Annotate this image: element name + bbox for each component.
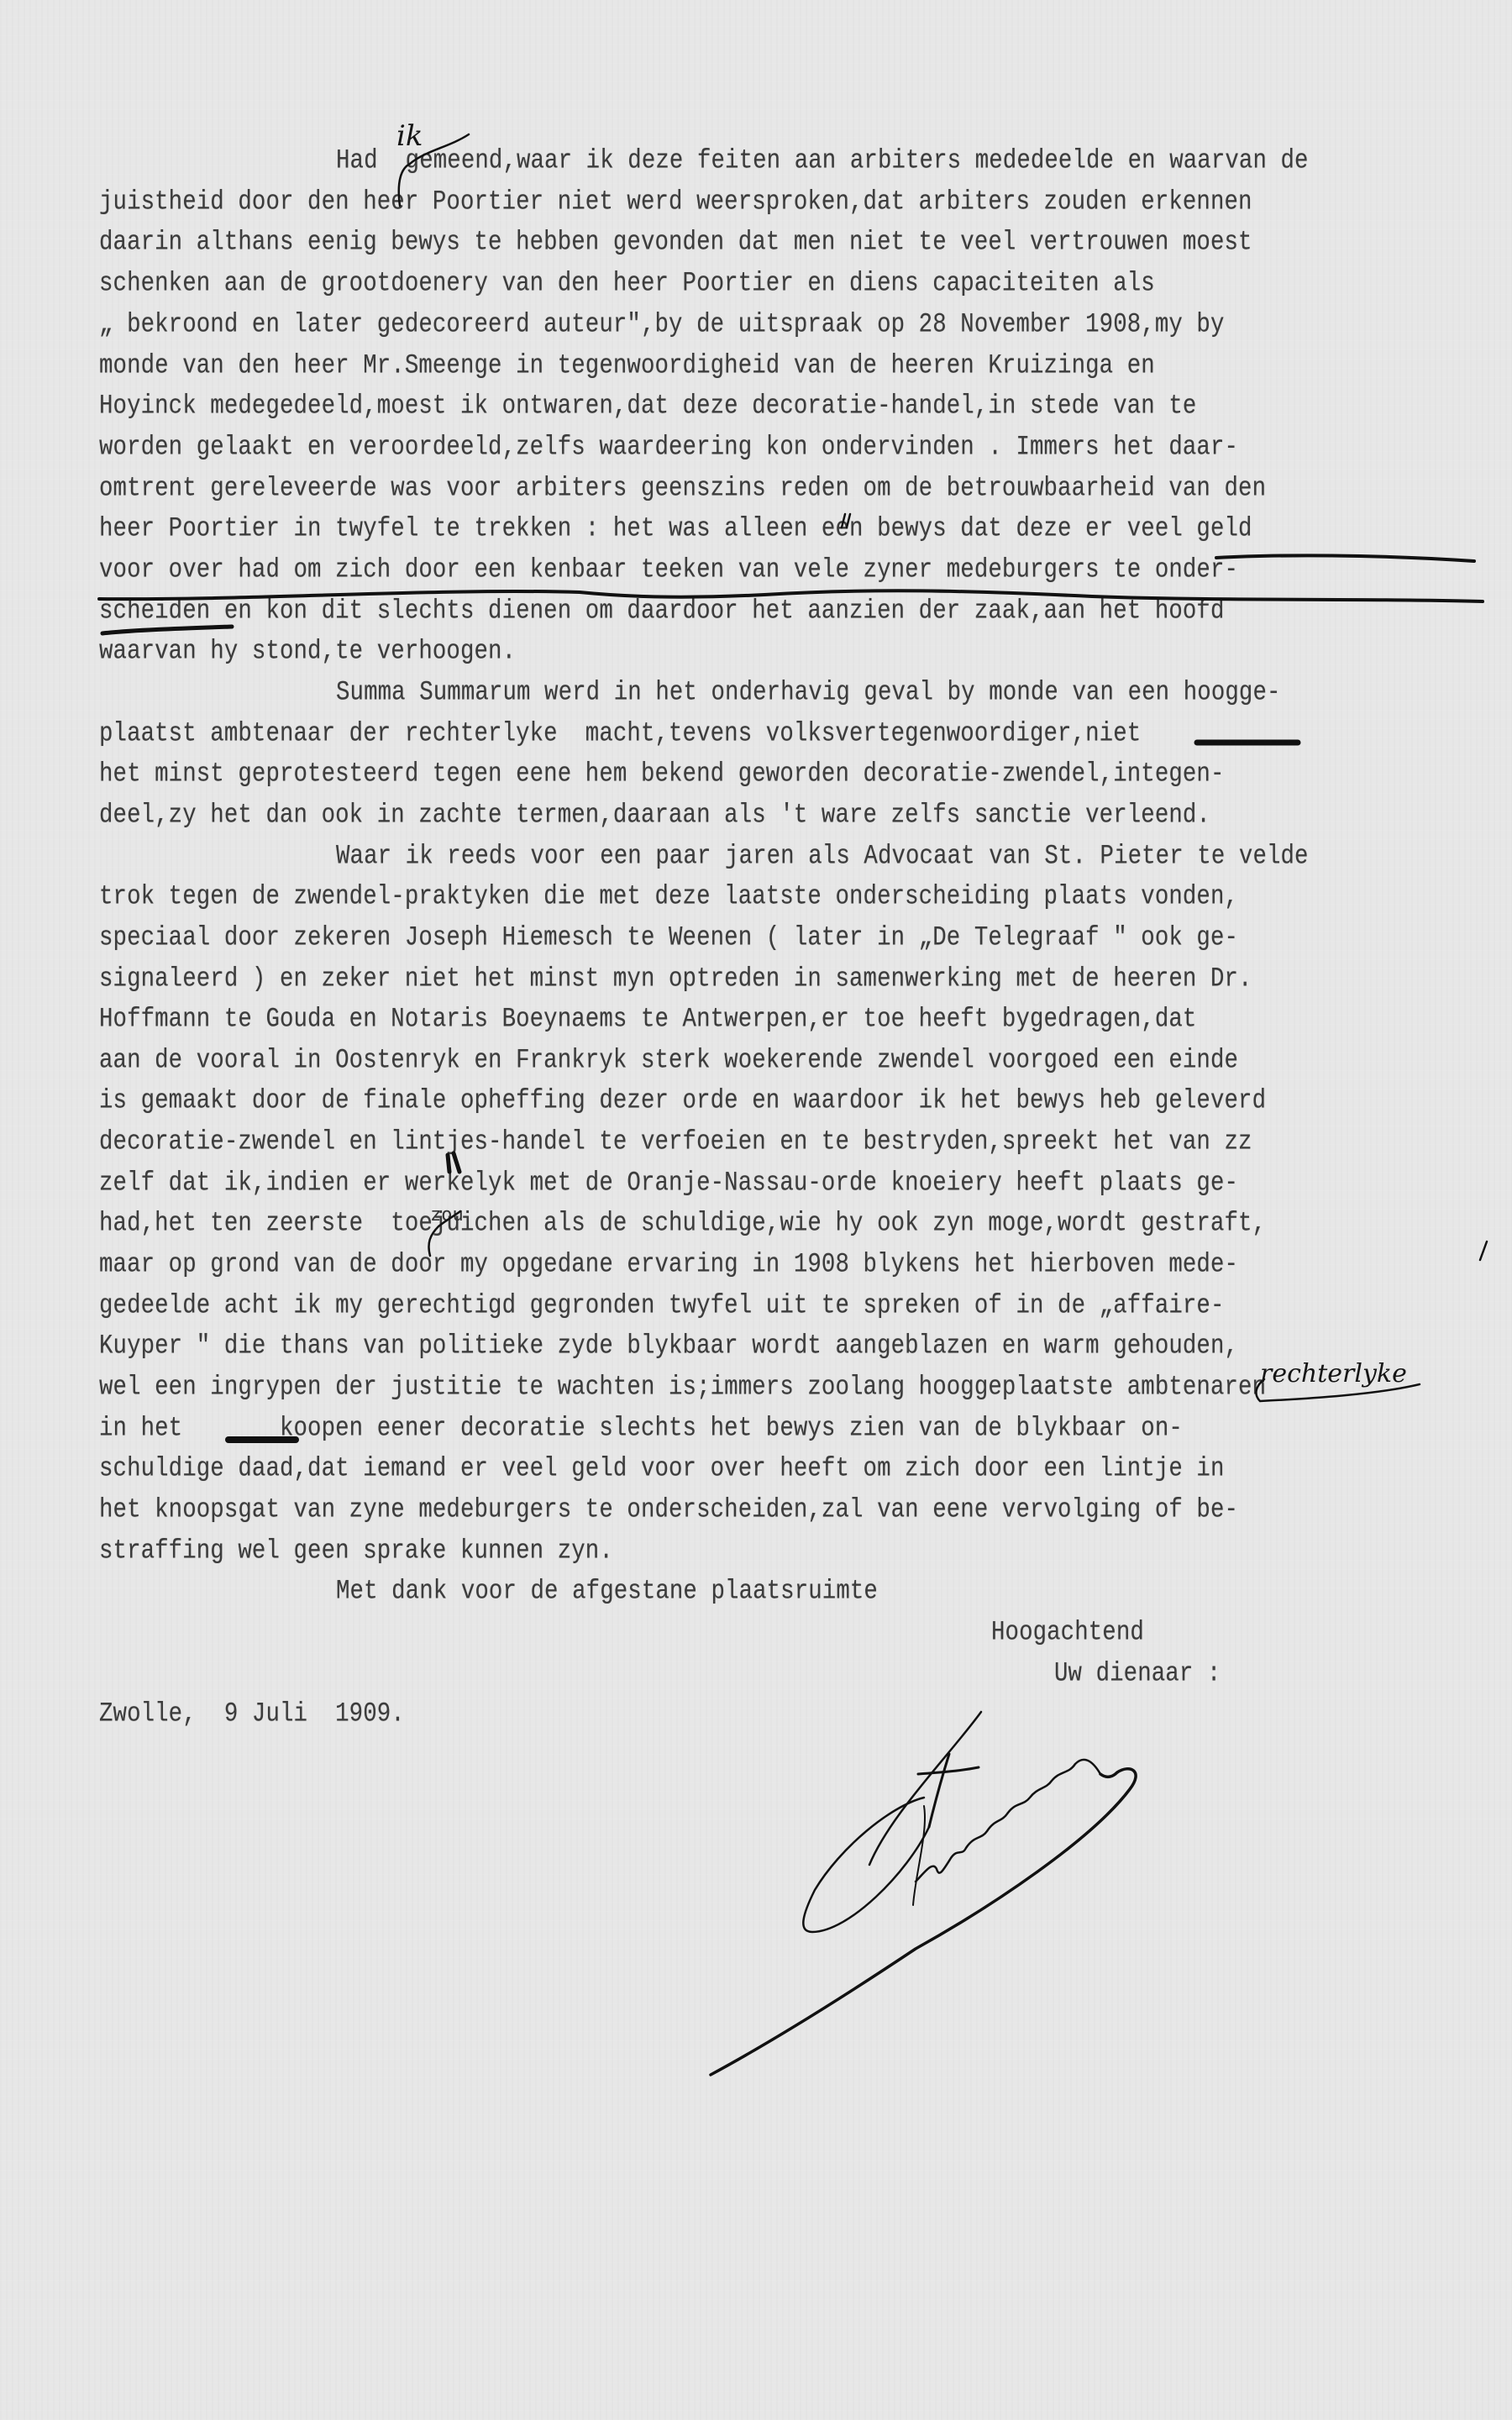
typed-line: heer Poortier in twyfel te trekken : het… — [99, 513, 1252, 544]
servant-line: Uw dienaar : — [1054, 1658, 1221, 1689]
typed-line: schenken aan de grootdoenery van den hee… — [99, 268, 1155, 299]
typed-line: plaatst ambtenaar der rechterlyke macht,… — [99, 718, 1141, 749]
typed-line: Hoffmann te Gouda en Notaris Boeynaems t… — [99, 1004, 1196, 1035]
typed-line: trok tegen de zwendel-praktyken die met … — [99, 881, 1238, 912]
typed-line: straffing wel geen sprake kunnen zyn. — [99, 1535, 613, 1567]
typed-line: schuldige daad,dat iemand er veel geld v… — [99, 1453, 1225, 1484]
typed-line: Waar ik reeds voor een paar jaren als Ad… — [336, 841, 1309, 872]
handwritten-insert-ik: ik — [396, 119, 423, 153]
typed-line: juistheid door den heer Poortier niet we… — [99, 186, 1252, 218]
typed-line: omtrent gereleveerde was voor arbiters g… — [99, 473, 1266, 504]
typed-line: zelf dat ik,indien er werkelyk met de Or… — [99, 1168, 1238, 1199]
signature — [711, 1712, 1136, 2075]
typed-line: speciaal door zekeren Joseph Hiemesch te… — [99, 922, 1238, 953]
typed-line: Had gemeend,waar ik deze feiten aan arbi… — [336, 145, 1309, 176]
typed-line: is gemaakt door de finale opheffing deze… — [99, 1085, 1266, 1116]
typed-line: decoratie-zwendel en lintjes-handel te v… — [99, 1126, 1252, 1158]
underline-mark — [1216, 555, 1474, 561]
underline-mark — [102, 627, 232, 633]
salutation: Hoogachtend — [991, 1617, 1144, 1648]
typed-line: monde van den heer Mr.Smeenge in tegenwo… — [99, 350, 1155, 381]
typed-line: wel een ingrypen der justitie te wachten… — [99, 1372, 1266, 1403]
handwritten-insert-zou: zou — [430, 1205, 464, 1226]
typed-line: waarvan hy stond,te verhoogen. — [99, 636, 516, 667]
typed-line: Hoyinck medegedeeld,moest ik ontwaren,da… — [99, 391, 1196, 422]
place-date: Zwolle, 9 Juli 1909. — [99, 1698, 405, 1730]
typed-line: „ bekroond en later gedecoreerd auteur",… — [99, 309, 1225, 340]
typed-line: Summa Summarum werd in het onderhavig ge… — [336, 677, 1281, 708]
typed-line: aan de vooral in Oostenryk en Frankryk s… — [99, 1045, 1238, 1076]
typed-line: signaleerd ) en zeker niet het minst myn… — [99, 963, 1252, 995]
typed-line: had,het ten zeerste toejuichen als de sc… — [99, 1208, 1266, 1239]
typed-line: gedeelde acht ik my gerechtigd gegronden… — [99, 1290, 1225, 1321]
typed-line: het knoopsgat van zyne medeburgers te on… — [99, 1494, 1238, 1525]
letter-page: Had gemeend,waar ik deze feiten aan arbi… — [0, 0, 1512, 2420]
punctuation-mark — [1480, 1241, 1487, 1260]
typed-line: het minst geprotesteerd tegen eene hem b… — [99, 759, 1225, 790]
typed-line: worden gelaakt en veroordeeld,zelfs waar… — [99, 432, 1238, 463]
typed-line: daarin althans eenig bewys te hebben gev… — [99, 227, 1252, 258]
handwritten-insert-rechterlyke: rechterlyke — [1260, 1359, 1407, 1388]
typed-line: voor over had om zich door een kenbaar t… — [99, 554, 1238, 585]
typed-line: in het koopen eener decoratie slechts he… — [99, 1413, 1183, 1444]
typed-line: scheiden en kon dit slechts dienen om da… — [99, 596, 1225, 627]
typed-line: deel,zy het dan ook in zachte termen,daa… — [99, 800, 1210, 831]
typed-line: Kuyper " die thans van politieke zyde bl… — [99, 1331, 1238, 1362]
typed-line: maar op grond van de door my opgedane er… — [99, 1249, 1238, 1280]
closing-thanks: Met dank voor de afgestane plaatsruimte — [336, 1576, 878, 1607]
